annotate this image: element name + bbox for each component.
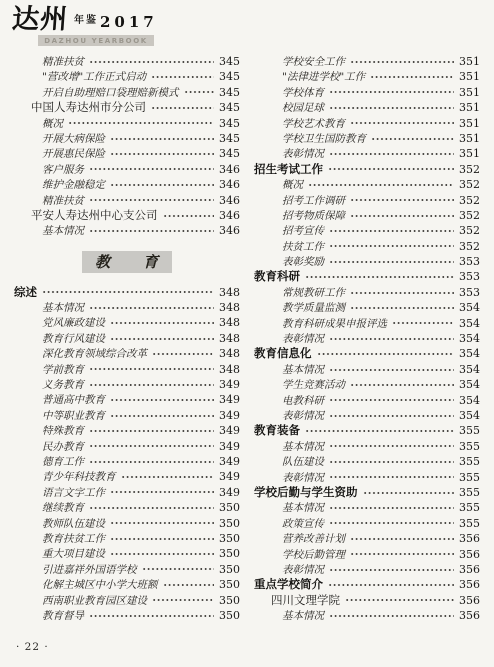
toc-page-number: 351 xyxy=(458,69,480,84)
toc-page-number: 355 xyxy=(458,516,480,531)
toc-entry: 扶贫工作352 xyxy=(254,239,480,254)
toc-page-number: 352 xyxy=(458,208,480,223)
toc-page-number: 348 xyxy=(218,362,240,377)
toc-entry-title: 招考物质保障 xyxy=(282,209,345,224)
dot-leader xyxy=(89,459,214,465)
toc-entry-title: 学生竞赛活动 xyxy=(282,378,345,393)
dot-leader xyxy=(89,613,214,619)
dot-leader xyxy=(329,520,454,526)
toc-entry: 教育督导350 xyxy=(14,608,240,623)
toc-entry-title: 表彰情况 xyxy=(282,332,324,347)
toc-entry-title: 语言文字工作 xyxy=(42,486,105,501)
toc-page-number: 349 xyxy=(218,377,240,392)
toc-entry: 民办教育349 xyxy=(14,439,240,454)
toc-entry-title: 表彰奖励 xyxy=(282,255,324,270)
dot-leader xyxy=(329,505,454,511)
toc-entry: 学校安全工作351 xyxy=(254,54,480,69)
dot-leader xyxy=(329,413,454,419)
toc-entry: 开启自助理赔口袋理赔新模式345 xyxy=(14,85,240,100)
dot-leader xyxy=(363,490,455,496)
toc-entry-title: 教育行风建设 xyxy=(42,332,105,347)
toc-entry-title: 招考工作调研 xyxy=(282,194,345,209)
dot-leader xyxy=(89,228,214,234)
toc-entry: 电教科研354 xyxy=(254,393,480,408)
toc-entry: 教育行风建设348 xyxy=(14,331,240,346)
toc-entry: 招考物质保障352 xyxy=(254,208,480,223)
dot-leader xyxy=(142,566,215,572)
toc-entry-title: 德育工作 xyxy=(42,455,84,470)
toc-entry: 教育信息化354 xyxy=(254,346,480,361)
toc-entry: 教育扶贫工作350 xyxy=(14,531,240,546)
toc-entry-title: 开展惠民保险 xyxy=(42,147,105,162)
dot-leader xyxy=(68,120,214,126)
toc-entry: 招生考试工作352 xyxy=(254,162,480,177)
toc-page-number: 346 xyxy=(218,223,240,238)
dot-leader xyxy=(110,336,214,342)
toc-entry: 政策宣传355 xyxy=(254,516,480,531)
toc-page-number: 348 xyxy=(218,300,240,315)
toc-entry: 平安人寿达州中心支公司346 xyxy=(14,208,240,223)
toc-entry-title: 青少年科技教育 xyxy=(42,470,116,485)
toc-entry: 常规教研工作353 xyxy=(254,285,480,300)
toc-page-number: 349 xyxy=(218,439,240,454)
toc-entry-title: 四川文理学院 xyxy=(271,593,340,608)
toc-entry-title: 基本情况 xyxy=(42,301,84,316)
dot-leader xyxy=(350,59,454,65)
toc-entry-title: 教育科研成果申报评选 xyxy=(282,317,387,332)
toc-entry: 青少年科技教育349 xyxy=(14,469,240,484)
toc-entry: 营养改善计划356 xyxy=(254,531,480,546)
toc-page-number: 356 xyxy=(458,608,480,623)
toc-page-number: 352 xyxy=(458,193,480,208)
dot-leader xyxy=(89,305,214,311)
toc-entry: 概况345 xyxy=(14,116,240,131)
toc-page-number: 349 xyxy=(218,392,240,407)
toc-entry-title: 客户服务 xyxy=(42,163,84,178)
toc-page-number: 346 xyxy=(218,162,240,177)
dot-leader xyxy=(370,74,454,80)
toc-entry-title: 扶贫工作 xyxy=(282,240,324,255)
toc-page-number: 345 xyxy=(218,54,240,69)
toc-entry-title: 招考宣传 xyxy=(282,224,324,239)
dot-leader xyxy=(329,443,454,449)
toc-entry-title: 表彰情况 xyxy=(282,409,324,424)
toc-page-number: 355 xyxy=(458,470,480,485)
dot-leader xyxy=(89,366,214,372)
toc-entry-title: 平安人寿达州中心支公司 xyxy=(31,208,158,223)
toc-page-number: 356 xyxy=(458,531,480,546)
toc-entry-title: 基本情况 xyxy=(282,609,324,624)
toc-entry: 综述348 xyxy=(14,285,240,300)
toc-page-number: 350 xyxy=(218,593,240,608)
dot-leader xyxy=(308,182,454,188)
dot-leader xyxy=(151,74,214,80)
toc-entry: 基本情况356 xyxy=(254,608,480,623)
toc-page-number: 351 xyxy=(458,131,480,146)
toc-entry: 精准扶贫345 xyxy=(14,54,240,69)
toc-entry-title: 基本情况 xyxy=(282,440,324,455)
dot-leader xyxy=(110,151,214,157)
toc-entry-title: 表彰情况 xyxy=(282,147,324,162)
toc-entry-title: 学校后勤管理 xyxy=(282,548,345,563)
toc-entry-title: 招生考试工作 xyxy=(254,162,323,177)
toc-entry: 教育科研353 xyxy=(254,269,480,284)
toc-page-number: 355 xyxy=(458,439,480,454)
toc-page-number: 349 xyxy=(218,423,240,438)
toc-entry: 开展大病保险345 xyxy=(14,131,240,146)
toc-entry: 化解主城区中小学大班额350 xyxy=(14,577,240,592)
toc-entry-title: 中等职业教育 xyxy=(42,409,105,424)
toc-entry-title: 基本情况 xyxy=(282,501,324,516)
dot-leader xyxy=(163,582,215,588)
dot-leader xyxy=(110,182,214,188)
toc-entry-title: "法律进学校"工作 xyxy=(282,70,365,85)
toc-entry: 客户服务346 xyxy=(14,162,240,177)
toc-entry-title: 学校体育 xyxy=(282,86,324,101)
toc-entry: 表彰情况356 xyxy=(254,562,480,577)
toc-page-number: 348 xyxy=(218,331,240,346)
toc-column-left: 精准扶贫345"营改增"工作正式启动345开启自助理赔口袋理赔新模式345中国人… xyxy=(14,54,240,623)
toc-column-right: 学校安全工作351"法律进学校"工作351学校体育351校园足球351学校艺术教… xyxy=(254,54,480,623)
toc-entry-title: 学校后勤与学生资助 xyxy=(254,485,358,500)
page-number: · 22 · xyxy=(16,641,49,653)
toc-entry: 表彰奖励353 xyxy=(254,254,480,269)
toc-page-number: 352 xyxy=(458,177,480,192)
toc-page-number: 350 xyxy=(218,546,240,561)
yearbook-masthead: 达州 年鉴 2017 DAZHOU YEARBOOK xyxy=(12,5,212,47)
yearbook-banner-text: DAZHOU YEARBOOK xyxy=(44,37,148,45)
dot-leader xyxy=(305,274,454,280)
toc-entry: 队伍建设355 xyxy=(254,454,480,469)
dot-leader xyxy=(350,382,454,388)
toc-page-number: 351 xyxy=(458,100,480,115)
dot-leader xyxy=(184,89,215,95)
dot-leader xyxy=(152,351,214,357)
toc-entry: 开展惠民保险345 xyxy=(14,146,240,161)
toc-entry-title: 深化教育领域综合改革 xyxy=(42,347,147,362)
dot-leader xyxy=(110,536,214,542)
toc-page-number: 348 xyxy=(218,346,240,361)
dot-leader xyxy=(328,582,454,588)
toc-page-number: 356 xyxy=(458,593,480,608)
dot-leader xyxy=(163,213,215,219)
toc-entry: 党风廉政建设348 xyxy=(14,315,240,330)
toc-entry-title: 基本情况 xyxy=(282,363,324,378)
dot-leader xyxy=(329,259,454,265)
toc-page-number: 345 xyxy=(218,131,240,146)
dot-leader xyxy=(305,428,454,434)
toc-entry-title: 维护金融稳定 xyxy=(42,178,105,193)
toc-entry-title: 民办教育 xyxy=(42,440,84,455)
toc-entry: 招考宣传352 xyxy=(254,223,480,238)
dot-leader xyxy=(110,320,214,326)
toc-entry: "营改增"工作正式启动345 xyxy=(14,69,240,84)
toc-page-number: 355 xyxy=(458,485,480,500)
dot-leader xyxy=(89,382,214,388)
toc-entry-title: 中国人寿达州市分公司 xyxy=(31,100,146,115)
toc-page-number: 348 xyxy=(218,285,240,300)
toc-entry-title: 学校安全工作 xyxy=(282,55,345,70)
toc-page-number: 356 xyxy=(458,562,480,577)
toc-entry-title: 开启自助理赔口袋理赔新模式 xyxy=(42,86,179,101)
toc-entry: 学前教育348 xyxy=(14,362,240,377)
dot-leader xyxy=(329,151,454,157)
dot-leader xyxy=(350,305,454,311)
toc-entry-title: 教育督导 xyxy=(42,609,84,624)
toc-entry: 表彰情况351 xyxy=(254,146,480,161)
dot-leader xyxy=(89,505,214,511)
toc-entry: 表彰情况354 xyxy=(254,331,480,346)
toc-entry-title: 重大项目建设 xyxy=(42,547,105,562)
toc-entry: 重点学校简介356 xyxy=(254,577,480,592)
toc-entry-title: 继续教育 xyxy=(42,501,84,516)
toc-page-number: 345 xyxy=(218,146,240,161)
toc-page-number: 352 xyxy=(458,239,480,254)
toc-entry: 语言文字工作349 xyxy=(14,485,240,500)
dot-leader xyxy=(110,551,214,557)
toc-page-number: 354 xyxy=(458,393,480,408)
toc-page-number: 351 xyxy=(458,146,480,161)
toc-page-number: 349 xyxy=(218,408,240,423)
toc-page-number: 345 xyxy=(218,85,240,100)
dot-leader xyxy=(329,105,454,111)
toc-entry-title: 表彰情况 xyxy=(282,563,324,578)
toc-entry: 学校卫生国防教育351 xyxy=(254,131,480,146)
toc-entry: 中等职业教育349 xyxy=(14,408,240,423)
toc-entry: 学校后勤与学生资助355 xyxy=(254,485,480,500)
toc-entry: 精准扶贫346 xyxy=(14,193,240,208)
toc-entry: 维护金融稳定346 xyxy=(14,177,240,192)
toc-entry-title: 教育装备 xyxy=(254,423,300,438)
toc-entry: 重大项目建设350 xyxy=(14,546,240,561)
dot-leader xyxy=(110,136,214,142)
toc-entry-title: 化解主城区中小学大班额 xyxy=(42,578,158,593)
toc-entry-title: 教育扶贫工作 xyxy=(42,532,105,547)
dot-leader xyxy=(151,105,214,111)
toc-entry-title: 校园足球 xyxy=(282,101,324,116)
toc-entry: 教师队伍建设350 xyxy=(14,516,240,531)
toc-entry: 基本情况354 xyxy=(254,362,480,377)
dot-leader xyxy=(121,474,215,480)
dot-leader xyxy=(350,197,454,203)
section-header-label: 教 育 xyxy=(82,251,172,273)
dot-leader xyxy=(89,428,214,434)
toc-entry-title: 学校艺术教育 xyxy=(282,117,345,132)
toc-entry-title: 政策宣传 xyxy=(282,517,324,532)
toc-page-number: 345 xyxy=(218,69,240,84)
toc-entry: 德育工作349 xyxy=(14,454,240,469)
toc-entry-title: 教师队伍建设 xyxy=(42,517,105,532)
dot-leader xyxy=(350,120,454,126)
toc-entry-title: 学前教育 xyxy=(42,363,84,378)
toc-entry-title: 开展大病保险 xyxy=(42,132,105,147)
toc-page-number: 352 xyxy=(458,162,480,177)
toc-entry: 教学质量监测354 xyxy=(254,300,480,315)
toc-entry-title: 概况 xyxy=(42,117,63,132)
toc-page-number: 351 xyxy=(458,116,480,131)
toc-entry-title: 引进嘉祥外国语学校 xyxy=(42,563,137,578)
toc-page-number: 354 xyxy=(458,377,480,392)
toc-entry-title: 特殊教育 xyxy=(42,424,84,439)
toc-page-number: 346 xyxy=(218,177,240,192)
dot-leader xyxy=(329,613,454,619)
toc-entry-title: 队伍建设 xyxy=(282,455,324,470)
toc-page-number: 355 xyxy=(458,423,480,438)
toc-entry-title: 普通高中教育 xyxy=(42,393,105,408)
toc-page-number: 350 xyxy=(218,562,240,577)
dot-leader xyxy=(152,597,214,603)
toc-page-number: 354 xyxy=(458,408,480,423)
dot-leader xyxy=(329,459,454,465)
dot-leader xyxy=(89,443,214,449)
dot-leader xyxy=(329,567,454,573)
toc-page-number: 353 xyxy=(458,285,480,300)
toc-page-number: 354 xyxy=(458,300,480,315)
dot-leader xyxy=(89,166,214,172)
toc-entry-title: 常规教研工作 xyxy=(282,286,345,301)
dot-leader xyxy=(42,289,214,295)
toc-entry: 四川文理学院356 xyxy=(254,593,480,608)
toc-entry-title: 党风廉政建设 xyxy=(42,316,105,331)
toc-entry: 校园足球351 xyxy=(254,100,480,115)
toc-entry: 学校艺术教育351 xyxy=(254,116,480,131)
toc-entry-title: 重点学校简介 xyxy=(254,577,323,592)
toc-page-number: 345 xyxy=(218,116,240,131)
toc-page-number: 350 xyxy=(218,500,240,515)
dot-leader xyxy=(89,197,214,203)
toc-entry-title: 概况 xyxy=(282,178,303,193)
yearbook-banner: DAZHOU YEARBOOK xyxy=(38,35,154,46)
toc-entry-title: 综述 xyxy=(14,285,37,300)
toc-entry: 基本情况346 xyxy=(14,223,240,238)
yearbook-title-chinese: 达州 xyxy=(11,5,69,35)
toc-entry-title: 电教科研 xyxy=(282,394,324,409)
toc-entry-title: 营养改善计划 xyxy=(282,532,345,547)
yearbook-subtitle-chinese: 年鉴 xyxy=(74,11,98,26)
toc-entry-title: 表彰情况 xyxy=(282,471,324,486)
toc-page-number: 353 xyxy=(458,254,480,269)
dot-leader xyxy=(110,397,214,403)
toc-entry: 基本情况355 xyxy=(254,439,480,454)
toc-entry-title: 学校卫生国防教育 xyxy=(282,132,366,147)
toc-page-number: 346 xyxy=(218,208,240,223)
toc-entry: 义务教育349 xyxy=(14,377,240,392)
dot-leader xyxy=(317,351,455,357)
toc-entry-title: 基本情况 xyxy=(42,224,84,239)
toc-page-number: 354 xyxy=(458,346,480,361)
toc-entry: 特殊教育349 xyxy=(14,423,240,438)
toc-entry: 深化教育领域综合改革348 xyxy=(14,346,240,361)
toc-entry: 概况352 xyxy=(254,177,480,192)
toc-page-number: 355 xyxy=(458,454,480,469)
toc-entry: 继续教育350 xyxy=(14,500,240,515)
toc-entry-title: 义务教育 xyxy=(42,378,84,393)
toc-page-number: 350 xyxy=(218,577,240,592)
toc-page-number: 349 xyxy=(218,469,240,484)
toc-page-number: 350 xyxy=(218,531,240,546)
toc-entry: 表彰情况354 xyxy=(254,408,480,423)
toc-entry-title: 教学质量监测 xyxy=(282,301,345,316)
toc-page-number: 353 xyxy=(458,269,480,284)
toc-entry: 西南职业教育园区建设350 xyxy=(14,593,240,608)
toc-page-number: 354 xyxy=(458,316,480,331)
dot-leader xyxy=(371,136,454,142)
dot-leader xyxy=(329,397,454,403)
dot-leader xyxy=(329,243,454,249)
dot-leader xyxy=(329,228,454,234)
toc-page-number: 354 xyxy=(458,362,480,377)
dot-leader xyxy=(110,489,214,495)
toc-page-number: 350 xyxy=(218,516,240,531)
toc-entry: 基本情况355 xyxy=(254,500,480,515)
toc-page-number: 346 xyxy=(218,193,240,208)
toc-entry: 教育装备355 xyxy=(254,423,480,438)
toc-page-number: 350 xyxy=(218,608,240,623)
toc-entry: 基本情况348 xyxy=(14,300,240,315)
dot-leader xyxy=(328,166,454,172)
dot-leader xyxy=(350,536,454,542)
toc-entry: 表彰情况355 xyxy=(254,470,480,485)
toc-page-number: 356 xyxy=(458,547,480,562)
dot-leader xyxy=(345,597,454,603)
toc-page-number: 348 xyxy=(218,315,240,330)
toc-entry: 中国人寿达州市分公司345 xyxy=(14,100,240,115)
toc-entry: "法律进学校"工作351 xyxy=(254,69,480,84)
dot-leader xyxy=(329,367,454,373)
toc-page-number: 351 xyxy=(458,54,480,69)
toc-entry-title: 精准扶贫 xyxy=(42,194,84,209)
dot-leader xyxy=(110,520,214,526)
dot-leader xyxy=(350,290,454,296)
section-header: 教 育 xyxy=(14,239,240,285)
toc-page-number: 351 xyxy=(458,85,480,100)
toc-entry: 引进嘉祥外国语学校350 xyxy=(14,562,240,577)
dot-leader xyxy=(329,474,454,480)
dot-leader xyxy=(350,213,454,219)
toc-page-number: 352 xyxy=(458,223,480,238)
dot-leader xyxy=(350,551,454,557)
dot-leader xyxy=(89,59,214,65)
toc-page-number: 345 xyxy=(218,100,240,115)
toc-page-number: 354 xyxy=(458,331,480,346)
toc-entry-title: 精准扶贫 xyxy=(42,55,84,70)
dot-leader xyxy=(110,413,214,419)
toc-entry-title: "营改增"工作正式启动 xyxy=(42,70,146,85)
toc-entry-title: 西南职业教育园区建设 xyxy=(42,594,147,609)
toc-page-number: 349 xyxy=(218,454,240,469)
toc-entry-title: 教育科研 xyxy=(254,269,300,284)
dot-leader xyxy=(329,89,454,95)
dot-leader xyxy=(329,336,454,342)
toc-page-number: 355 xyxy=(458,500,480,515)
yearbook-year: 2017 xyxy=(100,13,158,31)
toc-entry: 学校后勤管理356 xyxy=(254,547,480,562)
toc-entry: 教育科研成果申报评选354 xyxy=(254,316,480,331)
toc-entry: 学校体育351 xyxy=(254,85,480,100)
toc-entry-title: 教育信息化 xyxy=(254,346,312,361)
toc-entry: 普通高中教育349 xyxy=(14,392,240,407)
toc-page-number: 356 xyxy=(458,577,480,592)
toc-entry: 学生竞赛活动354 xyxy=(254,377,480,392)
dot-leader xyxy=(392,320,454,326)
toc-entry: 招考工作调研352 xyxy=(254,193,480,208)
toc-page-number: 349 xyxy=(218,485,240,500)
